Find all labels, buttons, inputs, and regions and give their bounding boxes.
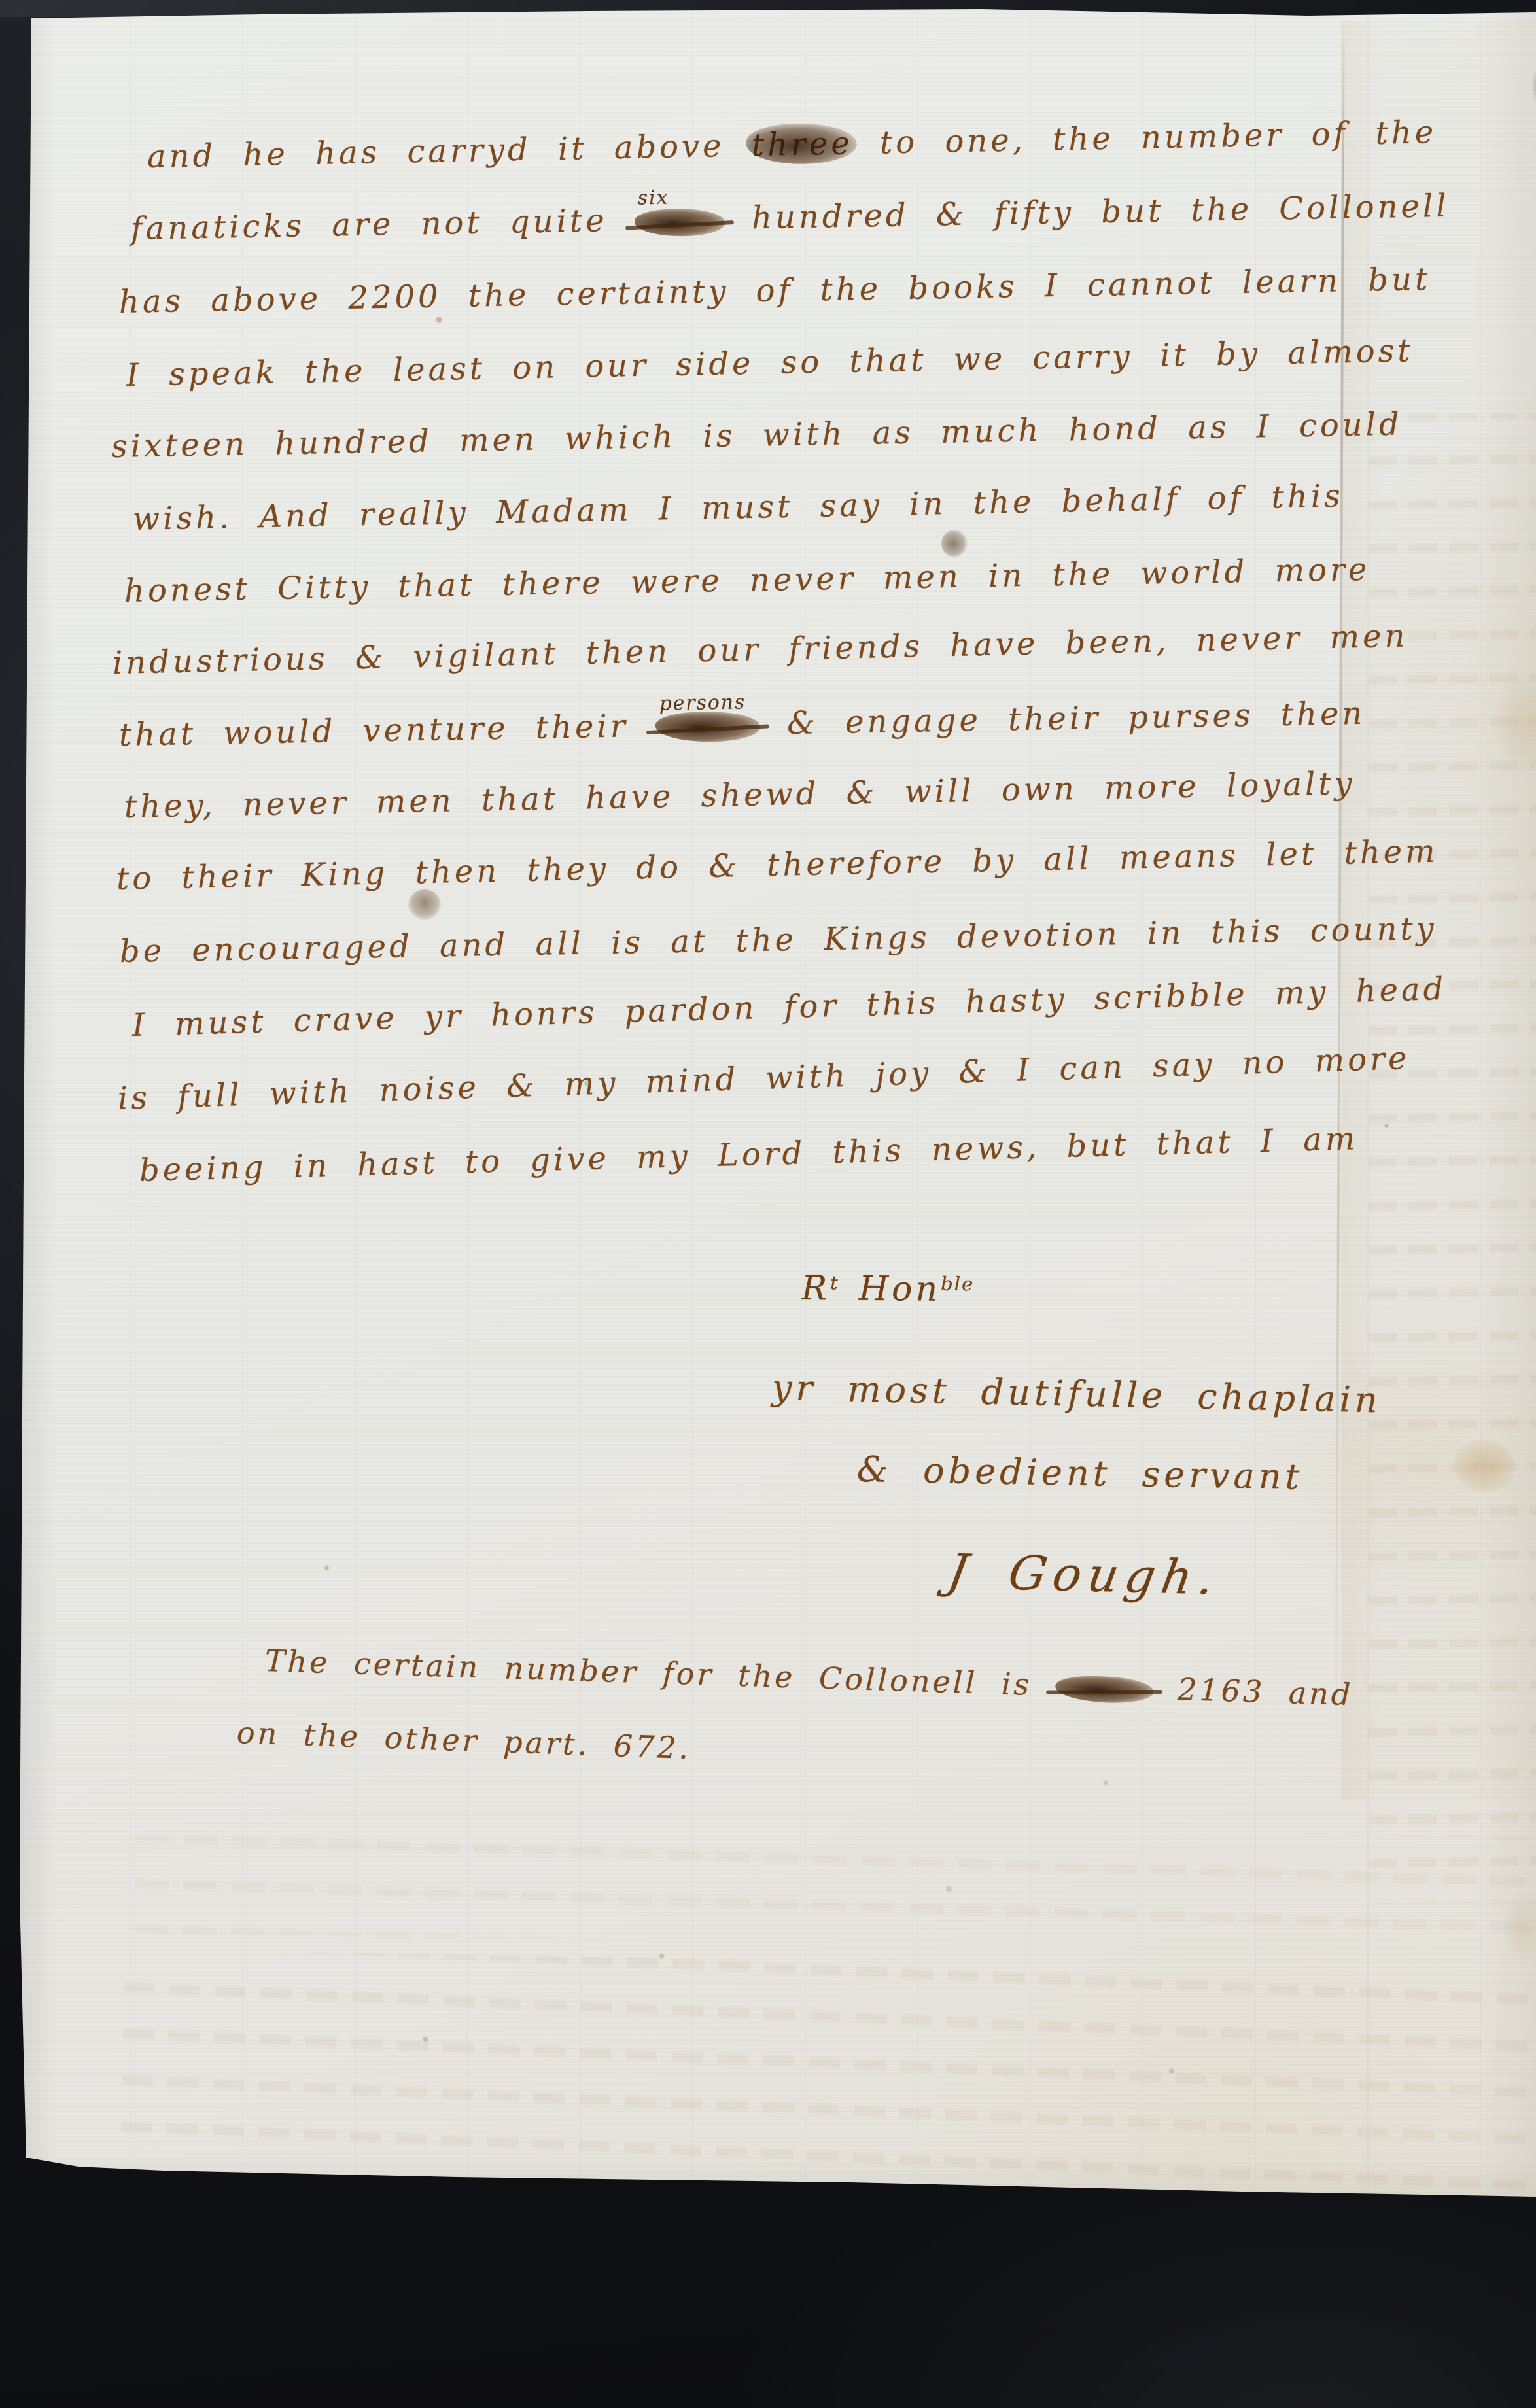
struck-word-blot: six [634,200,725,238]
ink-stain [941,530,968,557]
honorific-superscript: ble [941,1273,974,1295]
ink-blot-overwritten-word: three [751,125,853,163]
ink-bleedthrough-lines [120,1949,1536,2200]
signature: J Gough. [944,1543,1225,1606]
honorific-line: RtHonble [801,1269,975,1309]
paper-stain [1502,1891,1536,1963]
honorific-text: Hon [859,1269,941,1309]
inserted-word: six [637,186,669,209]
postscript-text: 2163 and [1153,1671,1353,1713]
closing-text: & obedient servant [856,1449,1303,1498]
ink-blot [635,208,725,237]
signature-text: J Gough. [944,1543,1225,1606]
manuscript-photo: { "palette": { "background": "#141519", … [0,0,1536,2408]
ink-blot [655,711,761,743]
inserted-word: persons [659,691,746,715]
blotted-word: persons [655,706,760,744]
ink-bleedthrough-lines [134,1816,1535,1953]
closing-line: & obedient servant [856,1449,1303,1498]
honorific-text: R [801,1269,831,1308]
ink-stain [408,889,441,920]
ink-blot-struck-number [1055,1675,1154,1704]
honorific-superscript: t [830,1271,839,1294]
